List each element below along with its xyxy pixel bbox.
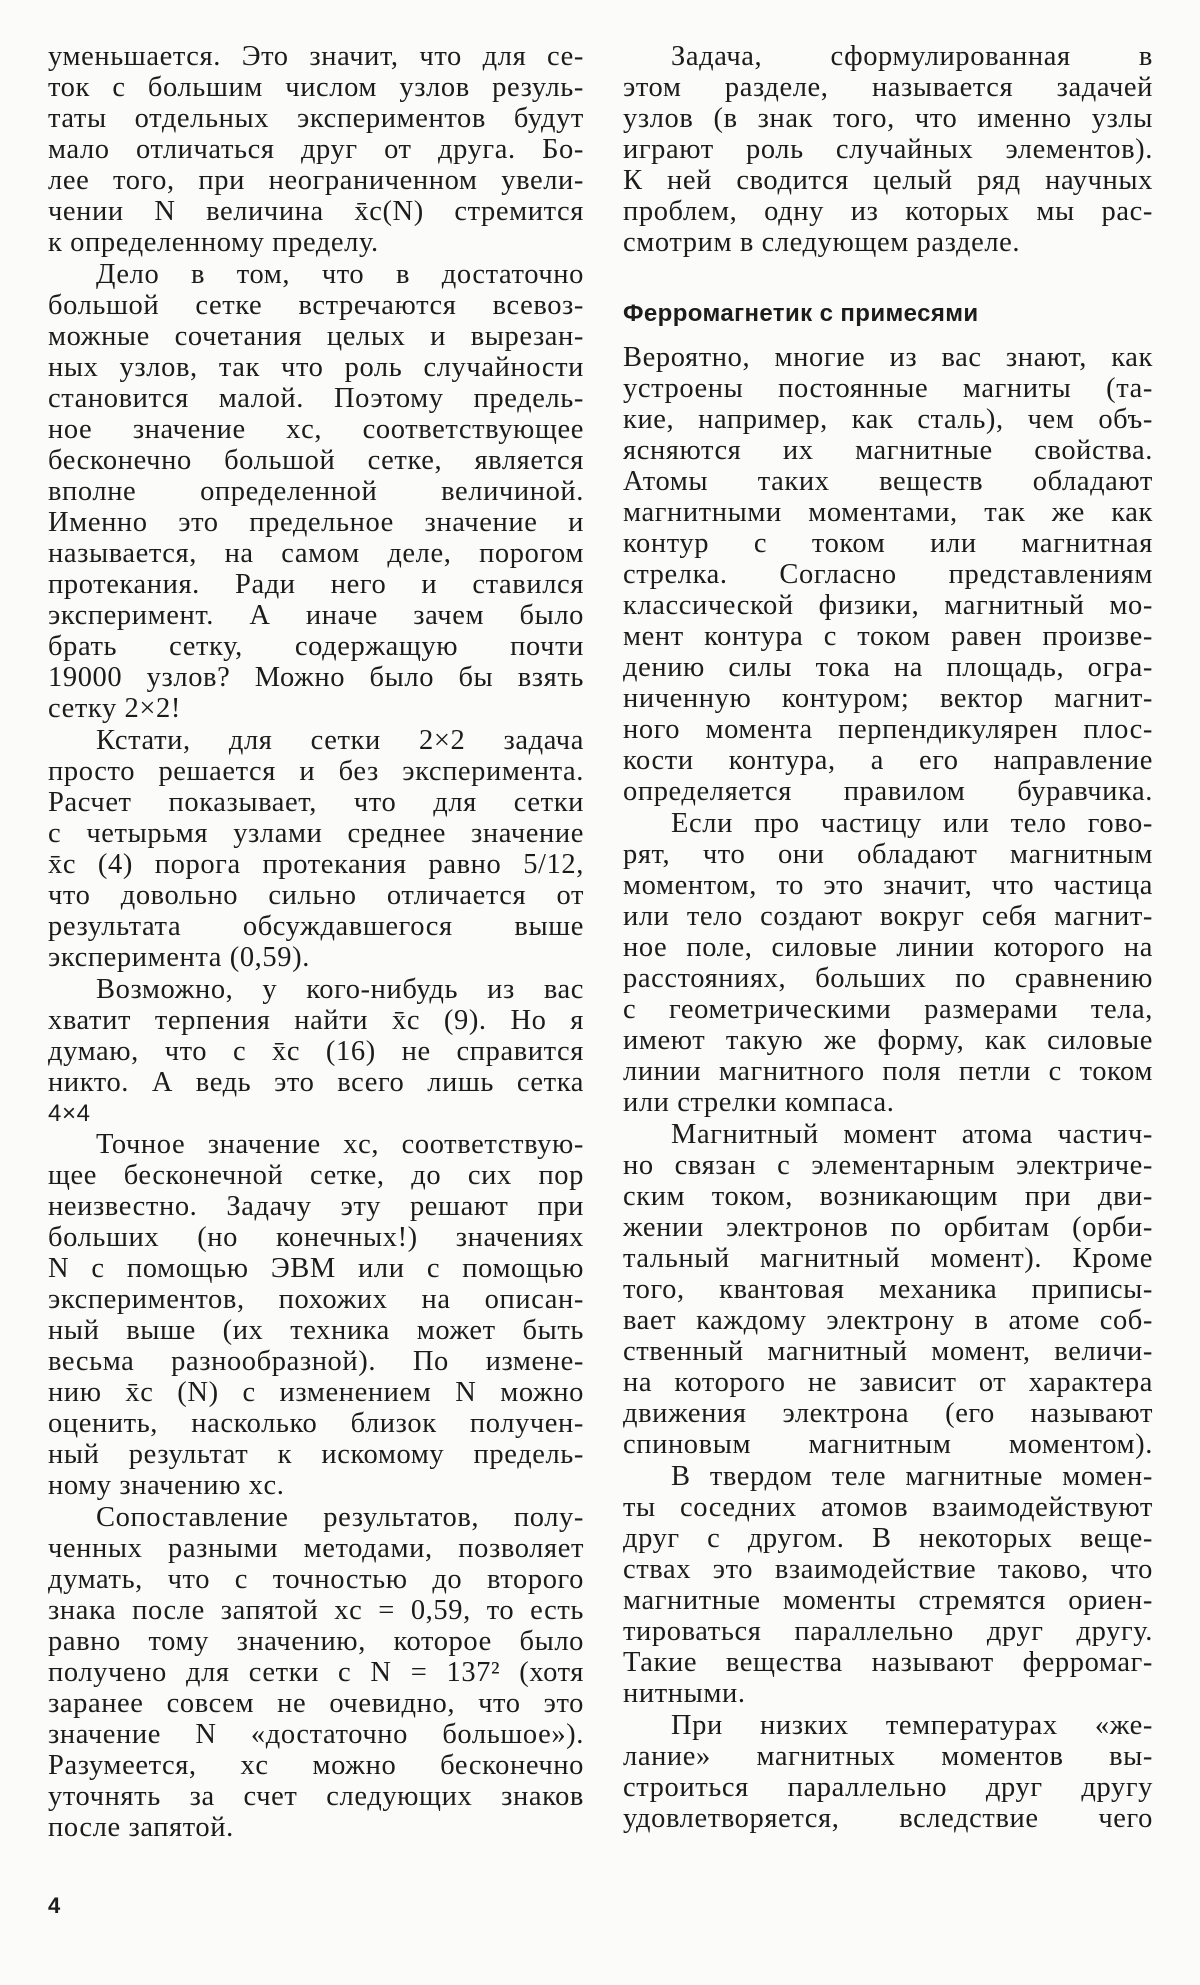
text-line: ниченную контуром; вектор магнит-: [623, 683, 1153, 714]
text-line: К ней сводится целый ряд научных: [623, 165, 1153, 196]
text-line: строиться параллельно друг другу: [623, 1772, 1153, 1803]
text-line: оценить, насколько близок получен-: [48, 1408, 584, 1439]
text-line: проблем, одну из которых мы рас-: [623, 196, 1153, 227]
text-line: с четырьмя узлами среднее значение: [48, 818, 584, 849]
text-line: заранее совсем не очевидно, что это: [48, 1688, 584, 1719]
text-line: дению силы тока на площадь, огра-: [623, 652, 1153, 683]
text-line: Точное значение xc, соответствую-: [48, 1129, 584, 1160]
text-line: мент контура с током равен произве-: [623, 621, 1153, 652]
text-line: моментом, то это значит, что частица: [623, 870, 1153, 901]
text-line: равно тому значению, которое было: [48, 1626, 584, 1657]
text-line: таты отдельных экспериментов будут: [48, 103, 584, 134]
text-line: Вероятно, многие из вас знают, как: [623, 342, 1153, 373]
text-line: значение N «достаточно большое»).: [48, 1719, 584, 1750]
text-line: бесконечно большой сетке, является: [48, 445, 584, 476]
text-line: ток с большим числом узлов резуль-: [48, 72, 584, 103]
text-line: думаю, что с x̄c (16) не справится: [48, 1036, 584, 1067]
text-line: на которого не зависит от характера: [623, 1367, 1153, 1398]
text-line: Такие вещества называют ферромаг-: [623, 1647, 1153, 1678]
text-line: стрелка. Согласно представлениям: [623, 559, 1153, 590]
text-line: ским током, возникающим при дви-: [623, 1181, 1153, 1212]
page-number: 4: [48, 1893, 60, 1919]
text-line: никто. А ведь это всего лишь сетка: [48, 1067, 584, 1098]
text-line: смотрим в следующем разделе.: [623, 227, 1153, 258]
text-line: мало отличаться друг от друга. Бо-: [48, 134, 584, 165]
text-line: эксперимента (0,59).: [48, 942, 584, 973]
text-line: но связан с элементарным электриче-: [623, 1150, 1153, 1181]
text-line: после запятой.: [48, 1812, 584, 1843]
text-line: Возможно, у кого-нибудь из вас: [48, 974, 584, 1005]
text-line: Дело в том, что в достаточно: [48, 259, 584, 290]
text-line: ный результат к искомому предель-: [48, 1439, 584, 1470]
text-line: 19000 узлов? Можно было бы взять: [48, 662, 584, 693]
text-line: контур с током или магнитная: [623, 528, 1153, 559]
text-line: 4×4: [48, 1098, 584, 1129]
text-line: хватит терпения найти x̄c (9). Но я: [48, 1005, 584, 1036]
text-line: линии магнитного поля петли с током: [623, 1056, 1153, 1087]
text-line: играют роль случайных элементов).: [623, 134, 1153, 165]
text-line: ственный магнитный момент, величи-: [623, 1336, 1153, 1367]
text-line: тироваться параллельно друг другу.: [623, 1616, 1153, 1647]
text-line: уточнять за счет следующих знаков: [48, 1781, 584, 1812]
text-line: Магнитный момент атома частич-: [623, 1119, 1153, 1150]
text-line: расстояниях, больших по сравнению: [623, 963, 1153, 994]
text-line: с геометрическими размерами тела,: [623, 994, 1153, 1025]
text-line: ясняются их магнитные свойства.: [623, 435, 1153, 466]
text-line: Сопоставление результатов, полу-: [48, 1502, 584, 1533]
text-line: Разумеется, xc можно бесконечно: [48, 1750, 584, 1781]
text-line: Расчет показывает, что для сетки: [48, 787, 584, 818]
text-line: кие, например, как сталь), чем объ-: [623, 404, 1153, 435]
text-line: спиновым магнитным моментом).: [623, 1429, 1153, 1460]
text-line: весьма разнообразной). По измене-: [48, 1346, 584, 1377]
text-line: или стрелки компаса.: [623, 1087, 1153, 1118]
text-line: друг с другом. В некоторых веще-: [623, 1523, 1153, 1554]
text-line: вполне определенной величиной.: [48, 476, 584, 507]
text-line: удовлетворяется, вследствие чего: [623, 1803, 1153, 1834]
text-line: вает каждому электрону в атоме соб-: [623, 1305, 1153, 1336]
text-line: Если про частицу или тело гово-: [623, 808, 1153, 839]
section-heading: Ферромагнетик с примесями: [623, 298, 1153, 329]
text-line: или тело создают вокруг себя магнит-: [623, 901, 1153, 932]
text-line: Кстати, для сетки 2×2 задача: [48, 725, 584, 756]
text-line: уменьшается. Это значит, что для се-: [48, 41, 584, 72]
text-line: N с помощью ЭВМ или с помощью: [48, 1253, 584, 1284]
text-line: Атомы таких веществ обладают: [623, 466, 1153, 497]
text-line: тальный магнитный момент). Кроме: [623, 1243, 1153, 1274]
text-line: жении электронов по орбитам (орби-: [623, 1212, 1153, 1243]
text-line: знака после запятой xc = 0,59, то есть: [48, 1595, 584, 1626]
text-line: Именно это предельное значение и: [48, 507, 584, 538]
text-line: можные сочетания целых и вырезан-: [48, 321, 584, 352]
text-line: имеют такую же форму, как силовые: [623, 1025, 1153, 1056]
text-line: классической физики, магнитный мо-: [623, 590, 1153, 621]
text-line: ты соседних атомов взаимодействуют: [623, 1492, 1153, 1523]
text-line: ное поле, силовые линии которого на: [623, 932, 1153, 963]
text-line: нию x̄c (N) с изменением N можно: [48, 1377, 584, 1408]
text-line: Задача, сформулированная в: [623, 41, 1153, 72]
text-line: сетку 2×2!: [48, 693, 584, 724]
text-line: узлов (в знак того, что именно узлы: [623, 103, 1153, 134]
text-line: больших (но конечных!) значениях: [48, 1222, 584, 1253]
text-line: называется, на самом деле, порогом: [48, 538, 584, 569]
text-line: этом разделе, называется задачей: [623, 72, 1153, 103]
text-line: магнитные моменты стремятся ориен-: [623, 1585, 1153, 1616]
text-line: неизвестно. Задачу эту решают при: [48, 1191, 584, 1222]
text-line: ному значению xc.: [48, 1470, 584, 1501]
text-line: ствах это взаимодействие таково, что: [623, 1554, 1153, 1585]
text-line: x̄c (4) порога протекания равно 5/12,: [48, 849, 584, 880]
text-line: становится малой. Поэтому предель-: [48, 383, 584, 414]
text-line: устроены постоянные магниты (та-: [623, 373, 1153, 404]
text-line: чении N величина x̄c(N) стремится: [48, 196, 584, 227]
text-line: В твердом теле магнитные момен-: [623, 1461, 1153, 1492]
text-line: ное значение xc, соответствующее: [48, 414, 584, 445]
text-line: получено для сетки с N = 137² (хотя: [48, 1657, 584, 1688]
text-line: кости контура, а его направление: [623, 745, 1153, 776]
text-line: ных узлов, так что роль случайности: [48, 352, 584, 383]
text-line: результата обсуждавшегося выше: [48, 911, 584, 942]
text-line: определяется правилом буравчика.: [623, 776, 1153, 807]
text-line: рят, что они обладают магнитным: [623, 839, 1153, 870]
text-line: брать сетку, содержащую почти: [48, 631, 584, 662]
text-line: протекания. Ради него и ставился: [48, 569, 584, 600]
text-line: ного момента перпендикулярен плос-: [623, 714, 1153, 745]
text-line: большой сетке встречаются всевоз-: [48, 290, 584, 321]
text-line: думать, что с точностью до второго: [48, 1564, 584, 1595]
text-line: магнитными моментами, так же как: [623, 497, 1153, 528]
text-line: ченных разными методами, позволяет: [48, 1533, 584, 1564]
text-line: щее бесконечной сетке, до сих пор: [48, 1160, 584, 1191]
text-line: просто решается и без эксперимента.: [48, 756, 584, 787]
text-line: экспериментов, похожих на описан-: [48, 1284, 584, 1315]
text-line: к определенному пределу.: [48, 227, 584, 258]
text-line: того, квантовая механика приписы-: [623, 1274, 1153, 1305]
text-line: движения электрона (его называют: [623, 1398, 1153, 1429]
text-line: эксперимент. А иначе зачем было: [48, 600, 584, 631]
text-line: ный выше (их техника может быть: [48, 1315, 584, 1346]
text-line: лее того, при неограниченном увели-: [48, 165, 584, 196]
text-line: При низких температурах «же-: [623, 1710, 1153, 1741]
text-line: что довольно сильно отличается от: [48, 880, 584, 911]
text-line: лание» магнитных моментов вы-: [623, 1741, 1153, 1772]
text-line: нитными.: [623, 1678, 1153, 1709]
